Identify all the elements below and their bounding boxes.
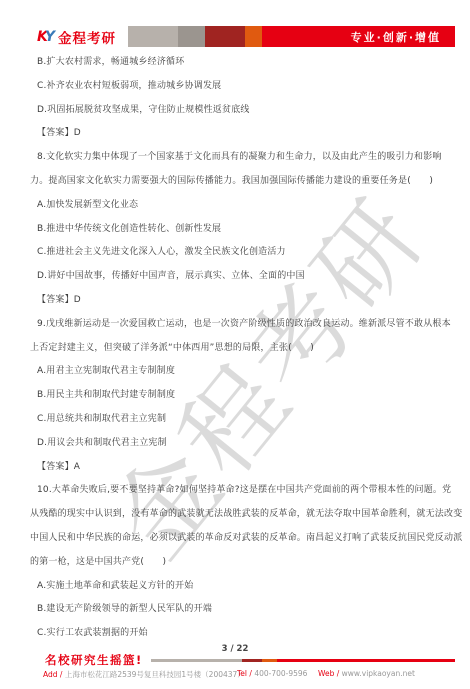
footer-slogan: 名校研究生摇篮! (45, 652, 143, 668)
text-line-answer: 【答案】A (30, 456, 450, 480)
header-slogan: 专业·创新·增值 (351, 29, 455, 45)
text-line-question: 中国人民和中华民族的命运，必须以武装的革命反对武装的反革命。南昌起义打响了武装反… (30, 527, 450, 551)
text-line-option: C.推进社会主义先进文化深入人心，激发全民族文化创造活力 (30, 241, 450, 265)
divider-segment-gray (151, 659, 242, 662)
text-line-option: D.用议会共和制取代君主立宪制 (30, 432, 450, 456)
text-line-option: B.推进中华传统文化创造性转化、创新性发展 (30, 218, 450, 242)
address-label: Add / (43, 670, 62, 679)
divider-segment-red (277, 659, 455, 662)
text-line-option: A.用君主立宪制取代君主专制制度 (30, 360, 450, 384)
bar-segment-darkred (205, 26, 245, 47)
bar-segment-darkgray (178, 26, 205, 47)
address-value: 上海市松花江路2539号复旦科技园1号楼（200437） (65, 670, 245, 679)
text-line-question: 10.大革命失败后,要不要坚持革命?如何坚持革命?这是摆在中国共产党面前的两个带… (30, 479, 450, 503)
footer-divider (151, 659, 455, 662)
text-line-question: 9.戊戌维新运动是一次爱国救亡运动，也是一次资产阶级性质的政治改良运动。维新派尽… (30, 313, 450, 337)
text-line-option: B.扩大农村需求，畅通城乡经济循环 (30, 51, 450, 75)
text-line-question: 从残酷的现实中认识到，没有革命的武装就无法战胜武装的反革命，就无法夺取中国革命胜… (30, 503, 450, 527)
divider-segment-darkred (242, 659, 262, 662)
text-line-answer: 【答案】D (30, 289, 450, 313)
footer-slogan-row: 名校研究生摇篮! (45, 652, 455, 668)
text-line-option: A.加快发展新型文化业态 (30, 194, 450, 218)
bar-segment-orange (245, 26, 262, 47)
telephone: Tel / 400-700-9596 (237, 669, 307, 678)
bar-segment-red: 专业·创新·增值 (262, 26, 455, 47)
tel-label: Tel / (237, 669, 252, 678)
brand-logo: KY 金程考研 (37, 27, 116, 47)
tel-value: 400-700-9596 (254, 669, 307, 678)
web-value: www.vipkaoyan.net (342, 669, 415, 678)
text-line-option: D.讲好中国故事，传播好中国声音，展示真实、立体、全面的中国 (30, 265, 450, 289)
text-line-option: A.实施土地革命和武装起义方针的开始 (30, 575, 450, 599)
text-line-question: 上否定封建主义，但突破了洋务派“中体西用”思想的局限，主张( ) (30, 337, 450, 361)
text-line-option: B.用民主共和制取代封建专制制度 (30, 384, 450, 408)
text-line-question: 力。提高国家文化软实力需要强大的国际传播能力。我国加强国际传播能力建设的重要任务… (30, 170, 450, 194)
brand-logo-icon: KY (37, 30, 55, 44)
text-line-option: C.补齐农业农村短板弱项，推动城乡协调发展 (30, 75, 450, 99)
bar-segment-lightgray (128, 26, 178, 47)
text-line-answer: 【答案】D (30, 122, 450, 146)
document-page: KY 金程考研 专业·创新·增值 金程考研 B.扩大农村需求，畅通城乡经济循环C… (0, 0, 470, 689)
page-header: KY 金程考研 专业·创新·增值 (0, 0, 470, 50)
document-body: B.扩大农村需求，畅通城乡经济循环C.补齐农业农村短板弱项，推动城乡协调发展D.… (30, 51, 450, 646)
text-line-option: B.建设无产阶级领导的新型人民军队的开端 (30, 598, 450, 622)
brand-logo-text: 金程考研 (58, 27, 116, 47)
divider-segment-orange (262, 659, 277, 662)
text-line-option: D.巩固拓展脱贫攻坚成果，守住防止规模性返贫底线 (30, 99, 450, 123)
text-line-question: 的第一枪，这是中国共产党( ) (30, 551, 450, 575)
text-line-option: C.用总统共和制取代君主立宪制 (30, 408, 450, 432)
footer-contacts: Add / 上海市松花江路2539号复旦科技园1号楼（200437） Tel /… (43, 669, 460, 681)
header-color-bar: 专业·创新·增值 (128, 26, 455, 47)
text-line-question: 8.文化软实力集中体现了一个国家基于文化而具有的凝聚力和生命力，以及由此产生的吸… (30, 146, 450, 170)
web-label: Web / (318, 669, 339, 678)
website: Web / www.vipkaoyan.net (318, 669, 415, 678)
address: Add / 上海市松花江路2539号复旦科技园1号楼（200437） (43, 669, 245, 680)
text-line-option: C.实行工农武装割据的开始 (30, 622, 450, 646)
